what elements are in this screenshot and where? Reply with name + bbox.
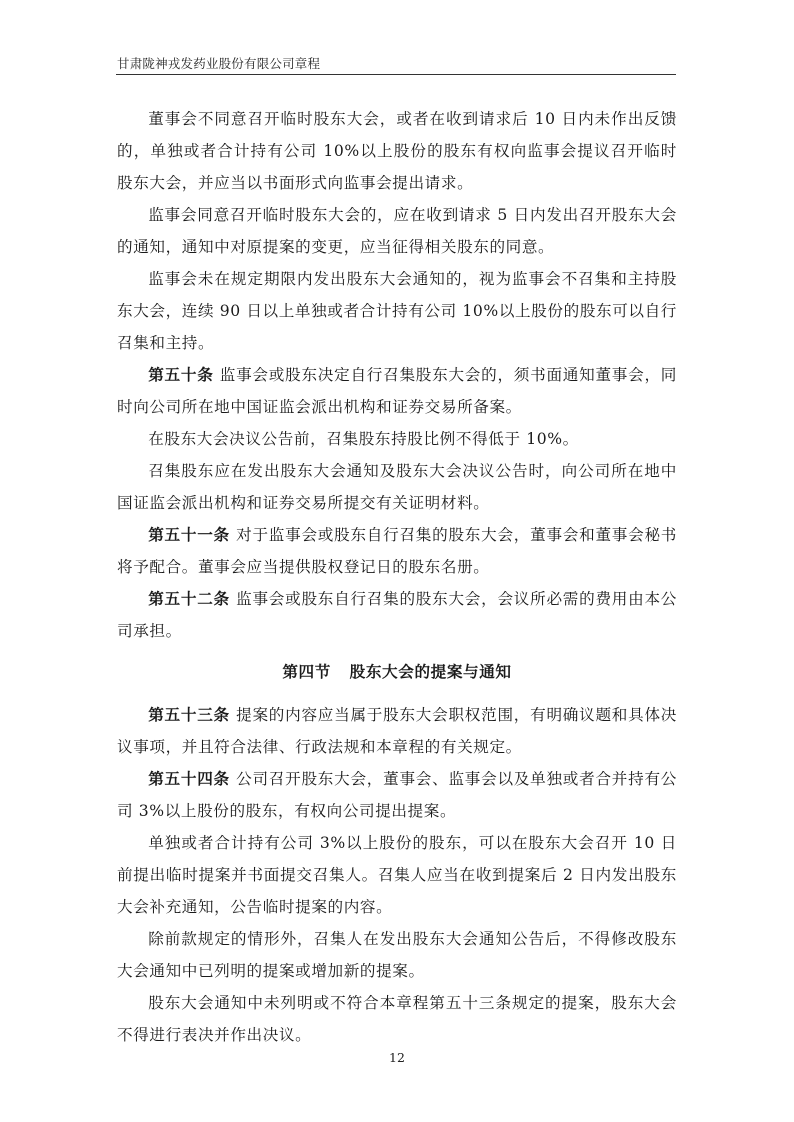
paragraph-text: 董事会不同意召开临时股东大会，或者在收到请求后 10 日内未作出反馈的，单独或者… (117, 110, 677, 192)
paragraph: 在股东大会决议公告前，召集股东持股比例不得低于 10%。 (117, 423, 677, 455)
paragraph: 董事会不同意召开临时股东大会，或者在收到请求后 10 日内未作出反馈的，单独或者… (117, 103, 677, 199)
article-number: 第五十三条 (148, 706, 230, 724)
paragraph-text: 在股东大会决议公告前，召集股东持股比例不得低于 10%。 (148, 430, 579, 448)
paragraph: 监事会未在规定期限内发出股东大会通知的，视为监事会不召集和主持股东大会，连续 9… (117, 263, 677, 359)
paragraph-text: 除前款规定的情形外，召集人在发出股东大会通知公告后，不得修改股东大会通知中已列明… (117, 930, 677, 980)
page-number: 12 (0, 1050, 794, 1065)
paragraph: 股东大会通知中未列明或不符合本章程第五十三条规定的提案，股东大会不得进行表决并作… (117, 987, 677, 1051)
article-number: 第五十一条 (148, 526, 230, 544)
article-53: 第五十三条提案的内容应当属于股东大会职权范围，有明确议题和具体决议事项，并且符合… (117, 699, 677, 763)
paragraph-text: 监事会未在规定期限内发出股东大会通知的，视为监事会不召集和主持股东大会，连续 9… (117, 270, 677, 352)
article-54: 第五十四条公司召开股东大会，董事会、监事会以及单独或者合并持有公司 3%以上股份… (117, 763, 677, 827)
article-50: 第五十条监事会或股东决定自行召集股东大会的，须书面通知董事会，同时向公司所在地中… (117, 359, 677, 423)
paragraph-text: 股东大会通知中未列明或不符合本章程第五十三条规定的提案，股东大会不得进行表决并作… (117, 994, 677, 1044)
paragraph: 召集股东应在发出股东大会通知及股东大会决议公告时，向公司所在地中国证监会派出机构… (117, 455, 677, 519)
paragraph-text: 监事会同意召开临时股东大会的，应在收到请求 5 日内发出召开股东大会的通知，通知… (117, 206, 677, 256)
article-number: 第五十二条 (148, 590, 230, 608)
section-number: 第四节 (282, 663, 331, 681)
document-body: 董事会不同意召开临时股东大会，或者在收到请求后 10 日内未作出反馈的，单独或者… (117, 103, 677, 1051)
article-number: 第五十四条 (148, 770, 230, 788)
article-51: 第五十一条对于监事会或股东自行召集的股东大会，董事会和董事会秘书将予配合。董事会… (117, 519, 677, 583)
section-title: 股东大会的提案与通知 (350, 663, 512, 681)
paragraph-text: 单独或者合计持有公司 3%以上股份的股东，可以在股东大会召开 10 日前提出临时… (117, 834, 677, 916)
document-title: 甘肃陇神戎发药业股份有限公司章程 (117, 54, 320, 72)
section-heading: 第四节股东大会的提案与通知 (117, 657, 677, 687)
paragraph: 单独或者合计持有公司 3%以上股份的股东，可以在股东大会召开 10 日前提出临时… (117, 827, 677, 923)
article-52: 第五十二条监事会或股东自行召集的股东大会，会议所必需的费用由本公司承担。 (117, 583, 677, 647)
paragraph: 监事会同意召开临时股东大会的，应在收到请求 5 日内发出召开股东大会的通知，通知… (117, 199, 677, 263)
paragraph-text: 召集股东应在发出股东大会通知及股东大会决议公告时，向公司所在地中国证监会派出机构… (117, 462, 677, 512)
page-header: 甘肃陇神戎发药业股份有限公司章程 (116, 52, 676, 75)
paragraph: 除前款规定的情形外，召集人在发出股东大会通知公告后，不得修改股东大会通知中已列明… (117, 923, 677, 987)
article-number: 第五十条 (148, 366, 213, 384)
